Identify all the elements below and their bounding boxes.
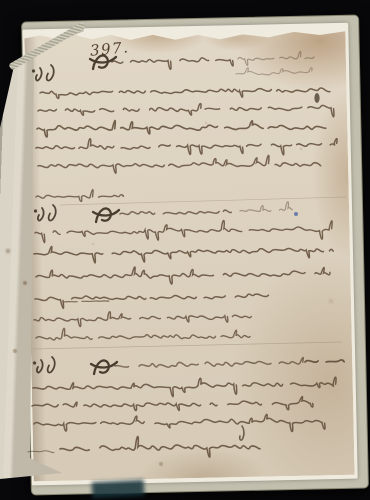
- foxing-spots: [0, 0, 2, 2]
- book-cover-cloth: [21, 15, 369, 496]
- photo-backdrop: 397.: [0, 0, 370, 500]
- book-support-wedge: [92, 480, 145, 499]
- manuscript-page: [24, 27, 354, 482]
- page-number: 397.: [89, 38, 130, 59]
